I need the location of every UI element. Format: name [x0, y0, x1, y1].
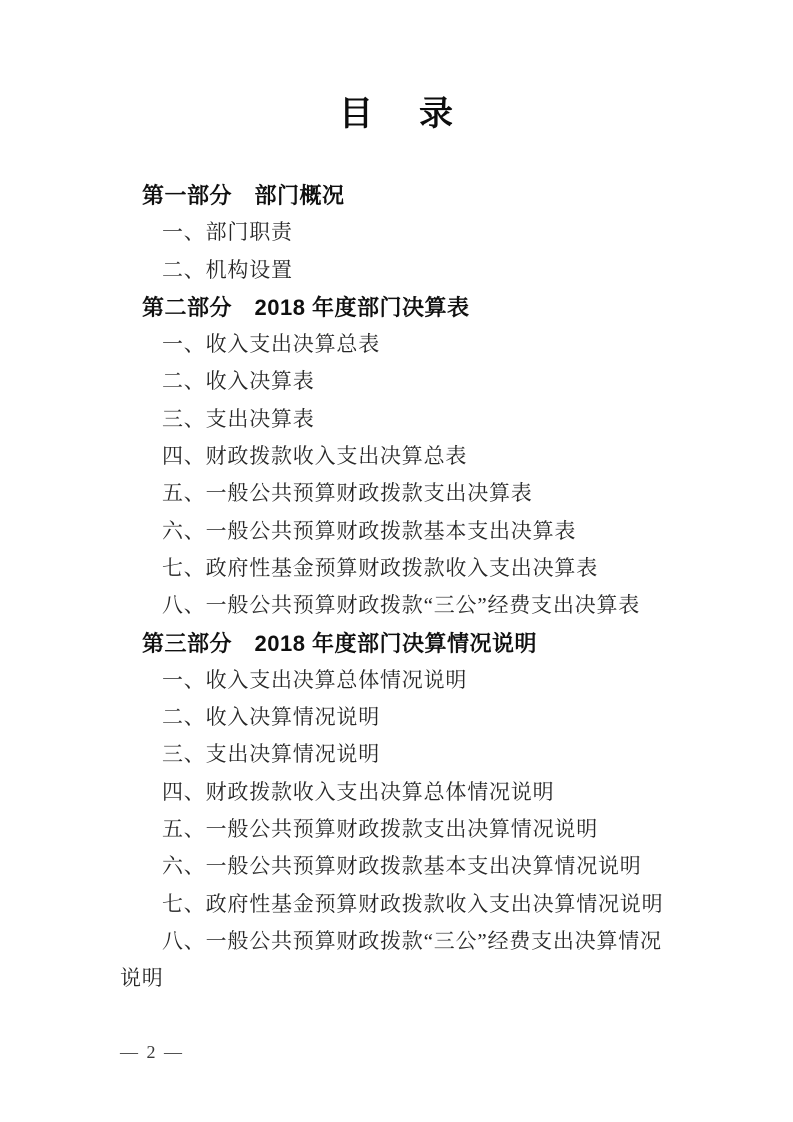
toc-item: 六、一般公共预算财政拨款基本支出决算表	[120, 513, 680, 550]
toc-item: 六、一般公共预算财政拨款基本支出决算情况说明	[120, 848, 680, 885]
toc-item: 二、收入决算情况说明	[120, 699, 680, 736]
toc-item: 七、政府性基金预算财政拨款收入支出决算情况说明	[120, 886, 680, 923]
toc-item: 二、收入决算表	[120, 363, 680, 400]
document-page: 目 录 第一部分 部门概况一、部门职责二、机构设置第二部分 2018 年度部门决…	[0, 0, 793, 1122]
toc-item: 二、机构设置	[120, 252, 680, 289]
toc-item: 一、收入支出决算总体情况说明	[120, 662, 680, 699]
toc-item: 三、支出决算表	[120, 401, 680, 438]
table-of-contents: 第一部分 部门概况一、部门职责二、机构设置第二部分 2018 年度部门决算表一、…	[120, 177, 680, 998]
toc-item: 一、收入支出决算总表	[120, 326, 680, 363]
toc-item: 一、部门职责	[120, 214, 680, 251]
toc-item: 四、财政拨款收入支出决算总体情况说明	[120, 774, 680, 811]
toc-item: 七、政府性基金预算财政拨款收入支出决算表	[120, 550, 680, 587]
toc-item: 五、一般公共预算财政拨款支出决算表	[120, 475, 680, 512]
toc-item: 八、一般公共预算财政拨款“三公”经费支出决算情况 说明	[120, 923, 680, 998]
toc-item: 五、一般公共预算财政拨款支出决算情况说明	[120, 811, 680, 848]
toc-item: 三、支出决算情况说明	[120, 736, 680, 773]
page-title: 目 录	[120, 94, 678, 136]
toc-item: 八、一般公共预算财政拨款“三公”经费支出决算表	[120, 587, 680, 624]
toc-section-heading-1: 第一部分 部门概况	[120, 177, 680, 214]
toc-item: 四、财政拨款收入支出决算总表	[120, 438, 680, 475]
page-number: — 2 —	[120, 1040, 184, 1064]
toc-section-heading-3: 第三部分 2018 年度部门决算情况说明	[120, 625, 680, 662]
toc-section-heading-2: 第二部分 2018 年度部门决算表	[120, 289, 680, 326]
